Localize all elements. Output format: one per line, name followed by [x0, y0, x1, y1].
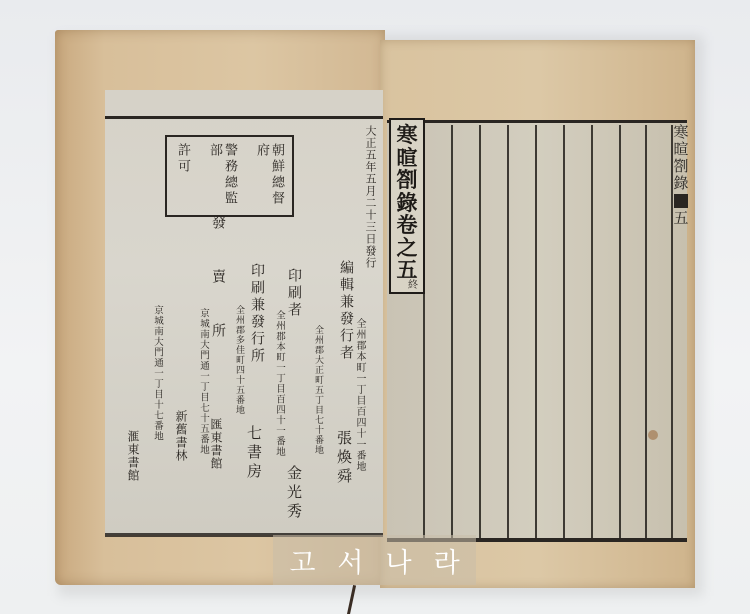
edge-title: 寒 暄 劄 錄 五	[672, 124, 690, 227]
permission-stamp: 朝鮮總督府 警務總監部 許可	[165, 135, 294, 217]
title-char: 錄	[397, 192, 418, 215]
volume-title-box: 寒 暄 劄 錄 卷 之 五	[389, 118, 425, 294]
printing-house-address: 全州郡多佳町四十五番地	[233, 305, 246, 415]
edge-char: 錄	[673, 175, 688, 192]
stamp-column: 許可	[175, 143, 190, 209]
printing-house-label: 印刷兼發行所	[247, 263, 267, 365]
column-rule	[591, 125, 593, 538]
column-rule	[563, 125, 565, 538]
sales-office-label: 發賣所	[208, 215, 228, 377]
title-char: 之	[397, 237, 418, 260]
watermark-char: 고	[289, 541, 315, 580]
column-rule	[535, 125, 537, 538]
end-mark: 終	[408, 276, 418, 291]
paper-stain	[648, 430, 658, 440]
editor-name: 張煥舜	[334, 430, 355, 487]
seller-name: 新舊書林	[173, 410, 190, 462]
edge-char: 劄	[673, 158, 688, 175]
title-char: 暄	[397, 147, 418, 170]
stamp-column: 警務總監部	[207, 143, 237, 209]
seller-name: 滙東書館	[125, 430, 142, 482]
seller-address: 京城南大門通一丁目十七番地	[150, 305, 164, 442]
top-border-line	[105, 116, 383, 119]
editor-home-address: 全州郡大正町五丁目七十番地	[312, 325, 325, 455]
column-rule	[451, 125, 453, 538]
title-char: 劄	[397, 169, 418, 192]
column-rule	[645, 125, 647, 538]
fishtail-mark	[674, 194, 688, 208]
watermark: 고 서 나 라	[273, 535, 476, 585]
watermark-char: 서	[337, 541, 363, 580]
printing-house-name: 七書房	[244, 425, 265, 482]
edge-char: 暄	[673, 141, 688, 158]
title-char: 卷	[397, 214, 418, 237]
edge-char: 五	[673, 210, 688, 227]
watermark-char: 라	[434, 541, 460, 580]
column-rule	[619, 125, 621, 538]
printer-name: 金光秀	[284, 465, 305, 522]
watermark-char: 나	[386, 541, 412, 580]
issue-date: 大正五年五月二十三日發行	[362, 125, 378, 269]
column-rule	[507, 125, 509, 538]
top-border-line	[387, 120, 687, 123]
column-rule	[479, 125, 481, 538]
edge-char: 寒	[673, 124, 688, 141]
text-page	[387, 120, 687, 538]
printer-address: 全州郡本町一丁目百四十一番地	[272, 310, 286, 457]
stamp-column: 朝鮮總督府	[254, 143, 284, 209]
seller-name: 匯東書館	[208, 418, 225, 470]
title-char: 寒	[397, 124, 418, 147]
printer-label: 印刷者	[284, 268, 304, 319]
